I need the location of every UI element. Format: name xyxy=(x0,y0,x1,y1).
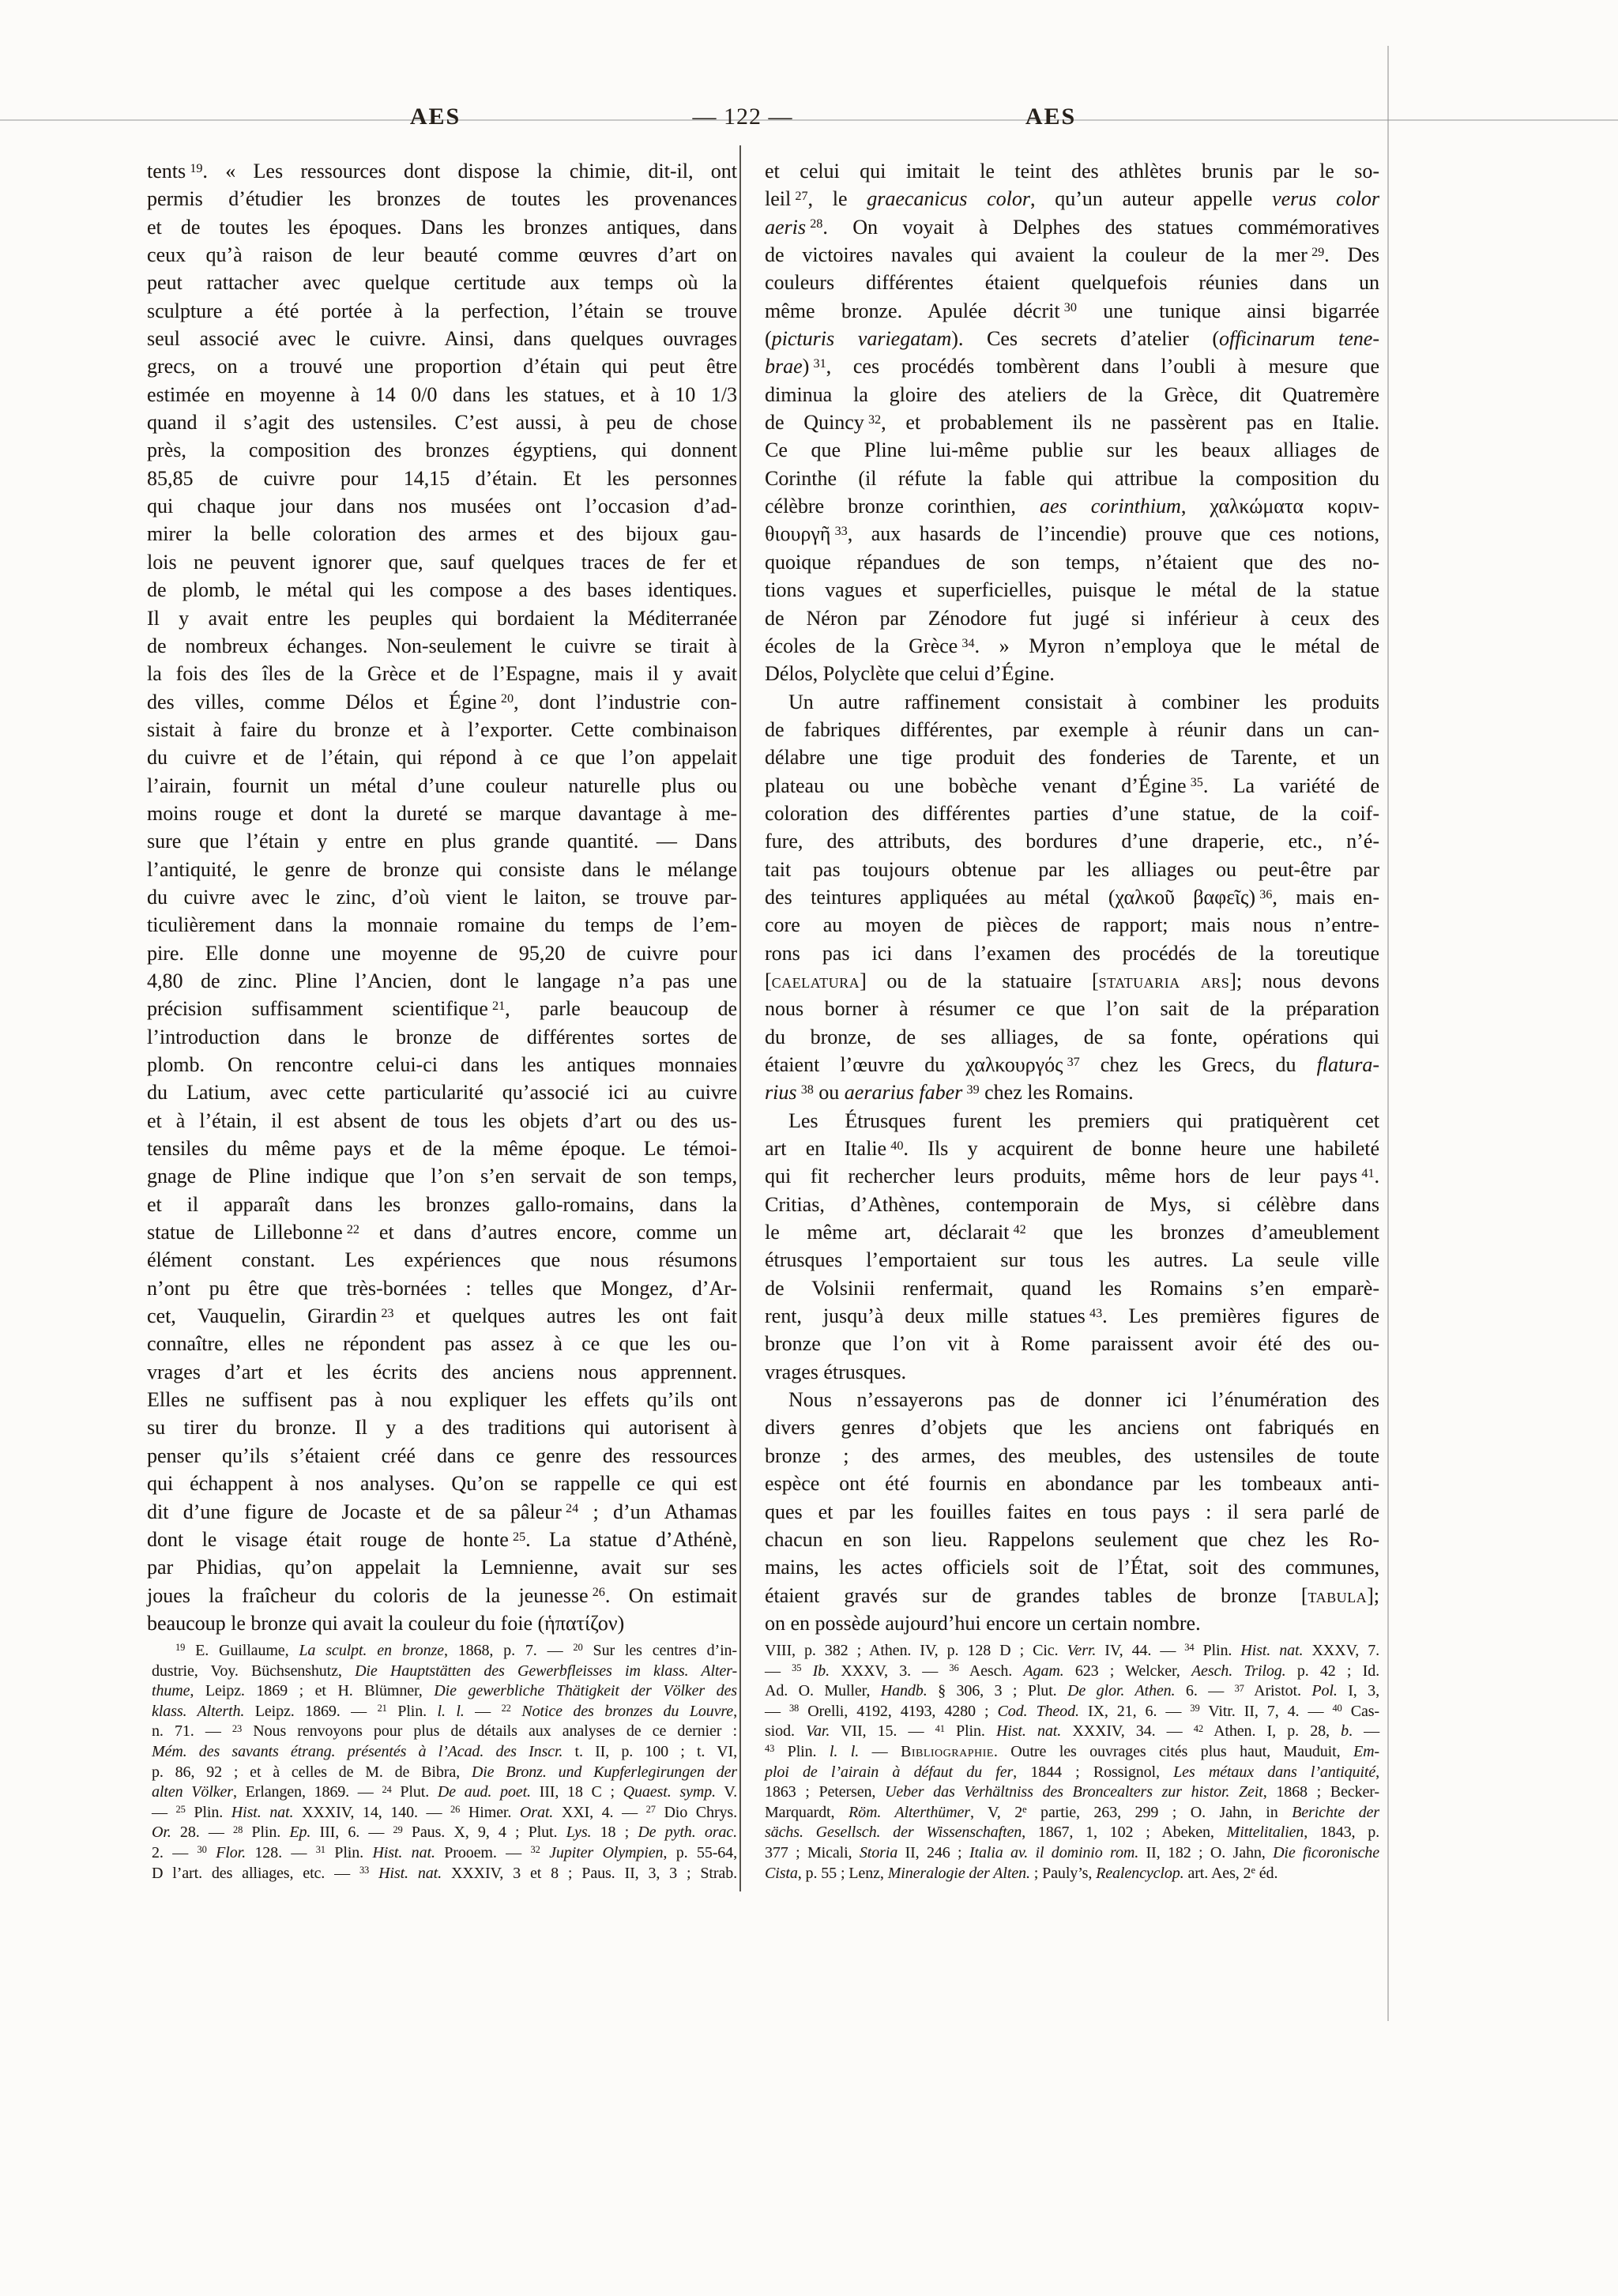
footnote-reference: 36 xyxy=(949,1662,958,1673)
text-line: du bronze, de ses alliages, de sa fonte,… xyxy=(765,1023,1379,1051)
text-line: rons pas ici dans l’examen des procédés … xyxy=(765,939,1379,967)
text-line: de Quincy 32, et probablement ils ne pas… xyxy=(765,408,1379,436)
text-line: seul associé avec le cuivre. Ainsi, dans… xyxy=(147,325,737,352)
footnote-reference: 43 xyxy=(1089,1307,1102,1320)
text-line: mirer la belle coloration des armes et d… xyxy=(147,520,737,548)
text-line: étaient gravés sur de grandes tables de … xyxy=(765,1582,1379,1609)
footnote-reference: 38 xyxy=(789,1703,799,1714)
text-line: ploi de l’airain à défaut du fer, 1844 ;… xyxy=(765,1763,1379,1783)
text-line: divers genres d’objets que les anciens o… xyxy=(765,1413,1379,1441)
text-line: 4,80 de zinc. Pline l’Ancien, dont le la… xyxy=(147,967,737,995)
footnote-reference: 25 xyxy=(176,1804,186,1815)
footnote-reference: 26 xyxy=(450,1804,460,1815)
text-line: bronze ; des armes, des meubles, des ust… xyxy=(765,1442,1379,1470)
footnote-reference: 27 xyxy=(795,190,807,203)
text-line: 85,85 de cuivre pour 14,15 d’étain. Et l… xyxy=(147,465,737,492)
text-line: rent, jusqu’à deux mille statues 43. Les… xyxy=(765,1302,1379,1330)
text-line: délabre une tige produit des fonderies d… xyxy=(765,743,1379,771)
text-line: ques et par les fouilles faites en tous … xyxy=(765,1498,1379,1526)
footnote-reference: 33 xyxy=(835,525,848,538)
footnote-reference: 24 xyxy=(566,1502,578,1515)
footnotes-column-left: 19 E. Guillaume, La sculpt. en bronze, 1… xyxy=(152,1641,737,1884)
text-line: lois ne peuvent ignorer que, sauf quelqu… xyxy=(147,548,737,576)
text-line: précision suffisamment scientifique 21, … xyxy=(147,995,737,1022)
text-line: Corinthe (il réfute la fable qui attribu… xyxy=(765,465,1379,492)
text-line: art en Italie 40. Ils y acquirent de bon… xyxy=(765,1135,1379,1162)
text-line: Ad. O. Muller, Handb. § 306, 3 ; Plut. D… xyxy=(765,1681,1379,1702)
footnote-reference: 29 xyxy=(1311,246,1324,259)
footnote-reference: 23 xyxy=(232,1723,242,1734)
text-line: rius 38 ou aerarius faber 39 chez les Ro… xyxy=(765,1078,1379,1106)
text-line: peut rattacher avec quelque certitude au… xyxy=(147,269,737,296)
footnote-reference: 20 xyxy=(501,692,514,706)
text-line: des villes, comme Délos et Égine 20, don… xyxy=(147,688,737,716)
text-line: n’ont pu être que très-bornées : telles … xyxy=(147,1274,737,1302)
text-line: Un autre raffinement consistait à combin… xyxy=(765,688,1379,716)
text-line: Les Étrusques furent les premiers qui pr… xyxy=(765,1107,1379,1135)
footnote-reference: 33 xyxy=(359,1865,369,1876)
text-line: tait pas toujours obtenue par les alliag… xyxy=(765,856,1379,883)
text-line: sächs. Gesellsch. der Wissenschaften, 18… xyxy=(765,1823,1379,1843)
text-line: sure que l’étain y entre en plus grande … xyxy=(147,827,737,855)
text-line: 1863 ; Petersen, Ueber das Verhältniss d… xyxy=(765,1782,1379,1803)
footnote-reference: e xyxy=(1251,1865,1255,1876)
text-line: moins rouge et dont la dureté se marque … xyxy=(147,800,737,827)
text-line: 377 ; Micali, Storia II, 246 ; Italia av… xyxy=(765,1843,1379,1864)
footnote-reference: 28 xyxy=(810,217,822,231)
text-line: du Latium, avec cette particularité qu’a… xyxy=(147,1078,737,1106)
text-line: Mém. des savants étrang. présentés à l’A… xyxy=(152,1742,737,1763)
text-line: (picturis variegatam). Ces secrets d’ate… xyxy=(765,325,1379,352)
text-line: bronze que l’on vit à Rome paraissent av… xyxy=(765,1330,1379,1357)
footnote-reference: 21 xyxy=(492,999,505,1013)
footnote-reference: 26 xyxy=(593,1586,605,1599)
text-line: et il apparaît dans les bronzes gallo-ro… xyxy=(147,1191,737,1218)
footnote-reference: e xyxy=(1022,1804,1026,1815)
text-line: thume, Leipz. 1869 ; et H. Blümner, Die … xyxy=(152,1681,737,1702)
text-line: sistait à faire du bronze et à l’exporte… xyxy=(147,716,737,743)
footnote-reference: 19 xyxy=(190,162,202,175)
footnote-reference: 43 xyxy=(765,1743,774,1754)
text-line: beaucoup le bronze qui avait la couleur … xyxy=(147,1609,737,1637)
text-line: [caelatura] ou de la statuaire [statuari… xyxy=(765,967,1379,995)
text-line: siod. Var. VII, 15. — 41 Plin. Hist. nat… xyxy=(765,1722,1379,1742)
footnote-reference: 24 xyxy=(382,1784,391,1795)
footnote-reference: 35 xyxy=(792,1662,801,1673)
column-divider-line xyxy=(739,145,741,1891)
footnote-reference: 39 xyxy=(1190,1703,1199,1714)
text-line: dit d’une figure de Jocaste et de sa pâl… xyxy=(147,1498,737,1526)
footnote-reference: 41 xyxy=(1361,1167,1374,1180)
footnote-reference: 31 xyxy=(316,1844,325,1855)
text-line: plomb. On rencontre celui-ci dans les an… xyxy=(147,1051,737,1078)
text-line: VIII, p. 382 ; Athen. IV, p. 128 D ; Cic… xyxy=(765,1641,1379,1662)
text-line: Or. 28. — 28 Plin. Ep. III, 6. — 29 Paus… xyxy=(152,1823,737,1843)
text-line: grecs, on a trouvé une proportion d’étai… xyxy=(147,352,737,380)
text-line: étaient l’œuvre du χαλκουργός 37 chez le… xyxy=(765,1051,1379,1078)
text-line: coloration des différentes parties d’une… xyxy=(765,800,1379,827)
text-line: chacun en son lieu. Rappelons seulement … xyxy=(765,1526,1379,1553)
text-line: ticulièrement dans la monnaie romaine du… xyxy=(147,911,737,939)
text-line: de fabriques différentes, par exemple à … xyxy=(765,716,1379,743)
text-line: quand il s’agit des ustensiles. C’est au… xyxy=(147,408,737,436)
text-line: 43 Plin. l. l. — Bibliographie. Outre le… xyxy=(765,1742,1379,1763)
text-line: dont le visage était rouge de honte 25. … xyxy=(147,1526,737,1553)
text-line: θιουργῆ 33, aux hasards de l’incendie) p… xyxy=(765,520,1379,548)
text-line: core au moyen de pièces de rapport; mais… xyxy=(765,911,1379,939)
text-line: tions vagues et superficielles, puisque … xyxy=(765,576,1379,604)
text-line: 19 E. Guillaume, La sculpt. en bronze, 1… xyxy=(152,1641,737,1662)
text-line: tents 19. « Les ressources dont dispose … xyxy=(147,157,737,185)
body-column-right: et celui qui imitait le teint des athlèt… xyxy=(765,157,1379,1637)
footnote-reference: 30 xyxy=(1064,301,1077,314)
text-line: l’airain, fournit un métal d’une couleur… xyxy=(147,772,737,800)
text-line: l’introduction dans le bronze de différe… xyxy=(147,1023,737,1051)
text-line: du cuivre avec le zinc, d’où vient le la… xyxy=(147,883,737,911)
text-line: couleurs différentes étaient quelquefois… xyxy=(765,269,1379,296)
footnote-reference: 32 xyxy=(530,1844,540,1855)
text-line: de nombreux échanges. Non-seulement le c… xyxy=(147,632,737,660)
footnote-reference: 31 xyxy=(814,357,826,371)
text-line: — 38 Orelli, 4192, 4193, 4280 ; Cod. The… xyxy=(765,1702,1379,1722)
footnote-reference: 38 xyxy=(801,1083,814,1097)
text-line: su tirer du bronze. Il y a des tradition… xyxy=(147,1413,737,1441)
text-line: joues la fraîcheur du coloris de la jeun… xyxy=(147,1582,737,1609)
text-line: qui chaque jour dans nos musées ont l’oc… xyxy=(147,492,737,520)
text-line: n. 71. — 23 Nous renvoyons pour plus de … xyxy=(152,1722,737,1742)
text-line: — 25 Plin. Hist. nat. XXXIV, 14, 140. — … xyxy=(152,1803,737,1824)
text-line: étrusques l’emportaient sur tous les aut… xyxy=(765,1246,1379,1274)
footnote-reference: 37 xyxy=(1235,1683,1244,1694)
text-line: Ce que Pline lui-même publie sur les bea… xyxy=(765,436,1379,464)
footnote-reference: 32 xyxy=(868,413,881,427)
footnote-reference: 39 xyxy=(967,1083,980,1097)
text-line: p. 86, 92 ; et à celles de M. de Bibra, … xyxy=(152,1763,737,1783)
text-line: écoles de la Grèce 34. » Myron n’employa… xyxy=(765,632,1379,660)
text-line: élément constant. Les expériences que no… xyxy=(147,1246,737,1274)
text-line: pire. Elle donne une moyenne de 95,20 de… xyxy=(147,939,737,967)
footnote-reference: 34 xyxy=(961,637,974,650)
text-line: Nous n’essayerons pas de donner ici l’én… xyxy=(765,1386,1379,1413)
text-line: gnage de Pline indique que l’on s’en ser… xyxy=(147,1162,737,1190)
text-line: — 35 Ib. XXXV, 3. — 36 Aesch. Agam. 623 … xyxy=(765,1662,1379,1682)
text-line: alten Völker, Erlangen, 1869. — 24 Plut.… xyxy=(152,1782,737,1803)
text-line: près, la composition des bronzes égyptie… xyxy=(147,436,737,464)
footnote-reference: 40 xyxy=(890,1139,903,1153)
text-line: la fois des îles de la Grèce et de l’Esp… xyxy=(147,660,737,687)
text-line: penser qu’ils s’étaient créé dans ce gen… xyxy=(147,1442,737,1470)
text-line: nous borner à résumer ce que l’on sait d… xyxy=(765,995,1379,1022)
footnote-reference: 41 xyxy=(935,1723,945,1734)
running-head-right: AES xyxy=(736,104,1365,130)
footnote-reference: 22 xyxy=(502,1703,511,1714)
text-line: cet, Vauquelin, Girardin 23 et quelques … xyxy=(147,1302,737,1330)
footnotes-column-right: VIII, p. 382 ; Athen. IV, p. 128 D ; Cic… xyxy=(765,1641,1379,1884)
footnote-reference: 27 xyxy=(646,1804,656,1815)
text-line: plateau ou une bobèche venant d’Égine 35… xyxy=(765,772,1379,800)
text-line: célèbre bronze corinthien, aes corinthiu… xyxy=(765,492,1379,520)
text-line: on en possède aujourd’hui encore un cert… xyxy=(765,1609,1379,1637)
text-line: et de toutes les époques. Dans les bronz… xyxy=(147,213,737,241)
footnote-reference: 21 xyxy=(378,1703,387,1714)
footnote-reference: 35 xyxy=(1191,776,1203,789)
text-line: Elles ne suffisent pas à nou expliquer l… xyxy=(147,1386,737,1413)
footnote-reference: 29 xyxy=(393,1824,402,1835)
footnote-reference: 19 xyxy=(175,1642,185,1653)
footnote-reference: 25 xyxy=(513,1530,525,1544)
page-edge-scan-line xyxy=(1387,46,1389,2021)
text-line: et celui qui imitait le teint des athlèt… xyxy=(765,157,1379,185)
text-line: même bronze. Apulée décrit 30 une tuniqu… xyxy=(765,297,1379,325)
text-line: diminua la gloire des ateliers de la Grè… xyxy=(765,381,1379,408)
text-line: tensiles du même pays et de la même époq… xyxy=(147,1135,737,1162)
text-line: Critias, d’Athènes, contemporain de Mys,… xyxy=(765,1191,1379,1218)
text-line: dustrie, Voy. Büchsenshutz, Die Hauptstä… xyxy=(152,1662,737,1682)
text-line: sculpture a été portée à la perfection, … xyxy=(147,297,737,325)
footnote-reference: 42 xyxy=(1194,1723,1203,1734)
text-line: leil 27, le graecanicus color, qu’un aut… xyxy=(765,185,1379,213)
text-line: 2. — 30 Flor. 128. — 31 Plin. Hist. nat.… xyxy=(152,1843,737,1864)
footnote-reference: 37 xyxy=(1067,1056,1080,1069)
text-line: fure, des attributs, des bordures d’une … xyxy=(765,827,1379,855)
text-line: estimée en moyenne à 14 0/0 dans les sta… xyxy=(147,381,737,408)
footnote-reference: 42 xyxy=(1014,1223,1026,1236)
text-line: le même art, déclarait 42 que les bronze… xyxy=(765,1218,1379,1246)
text-line: connaître, elles ne répondent pas assez … xyxy=(147,1330,737,1357)
text-line: vrages étrusques. xyxy=(765,1358,1379,1386)
text-line: de victoires navales qui avaient la coul… xyxy=(765,241,1379,269)
footnote-reference: 28 xyxy=(233,1824,243,1835)
text-line: par Phidias, qu’on appelait la Lemnienne… xyxy=(147,1553,737,1581)
text-line: Délos, Polyclète que celui d’Égine. xyxy=(765,660,1379,687)
footnote-reference: 40 xyxy=(1332,1703,1341,1714)
text-line: Marquardt, Röm. Alterthümer, V, 2e parti… xyxy=(765,1803,1379,1824)
text-line: quoique répandues de son temps, n’étaien… xyxy=(765,548,1379,576)
text-line: ceux qu’à raison de leur beauté comme œu… xyxy=(147,241,737,269)
text-line: espèce ont été fournis en abondance par … xyxy=(765,1470,1379,1497)
footnote-reference: 34 xyxy=(1184,1642,1194,1653)
footnote-reference: 22 xyxy=(347,1223,359,1236)
text-line: mains, les actes officiels soit de l’Éta… xyxy=(765,1553,1379,1581)
text-line: vrages d’art et les écrits des anciens n… xyxy=(147,1358,737,1386)
text-line: Cista, p. 55 ; Lenz, Mineralogie der Alt… xyxy=(765,1864,1379,1884)
text-line: Il y avait entre les peuples qui bordaie… xyxy=(147,604,737,632)
text-line: klass. Alterth. Leipz. 1869. — 21 Plin. … xyxy=(152,1702,737,1722)
text-line: l’antiquité, le genre de bronze qui cons… xyxy=(147,856,737,883)
body-column-left: tents 19. « Les ressources dont dispose … xyxy=(147,157,737,1637)
text-line: de Volsinii renfermait, quand les Romain… xyxy=(765,1274,1379,1302)
footnote-reference: 23 xyxy=(381,1307,393,1320)
text-line: brae) 31, ces procédés tombèrent dans l’… xyxy=(765,352,1379,380)
text-line: de plomb, le métal qui les compose a des… xyxy=(147,576,737,604)
text-line: et à l’étain, il est absent de tous les … xyxy=(147,1107,737,1135)
text-line: du cuivre et de l’étain, qui répond à ce… xyxy=(147,743,737,771)
footnote-reference: 30 xyxy=(198,1844,207,1855)
text-line: des teintures appliquées au métal (χαλκο… xyxy=(765,883,1379,911)
footnote-reference: 36 xyxy=(1259,888,1272,901)
text-line: aeris 28. On voyait à Delphes des statue… xyxy=(765,213,1379,241)
text-line: qui fit rechercher leurs produits, même … xyxy=(765,1162,1379,1190)
text-line: qui échappent à nos analyses. Qu’on se r… xyxy=(147,1470,737,1497)
text-line: de Néron par Zénodore fut jugé si inféri… xyxy=(765,604,1379,632)
footnote-reference: 20 xyxy=(573,1642,582,1653)
text-line: permis d’étudier les bronzes de toutes l… xyxy=(147,185,737,213)
text-line: statue de Lillebonne 22 et dans d’autres… xyxy=(147,1218,737,1246)
text-line: D l’art. des alliages, etc. — 33 Hist. n… xyxy=(152,1864,737,1884)
scanned-book-page: AES — 122 — AES tents 19. « Les ressourc… xyxy=(0,0,1618,2296)
